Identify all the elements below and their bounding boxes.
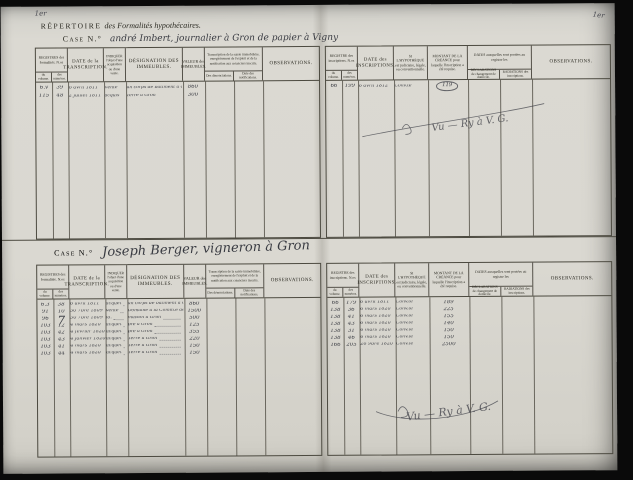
cell-designation: un corps de bâtiment à Gron <box>125 86 182 91</box>
col-saisie: Transcription de la saisie immobilière, … <box>206 264 264 297</box>
col-indiquer-objet: INDIQUER l'objet d'une acquisition ou d'… <box>105 265 127 298</box>
col-date-inscriptions: DATE des INSCRIPTIONS. <box>358 46 394 79</box>
cell-volume: 138 <box>328 336 344 342</box>
cell-volume: 103 <box>38 337 54 343</box>
verification-paraph: Vu — Ry à V. G. <box>406 400 492 424</box>
col-observations: OBSERVATIONS. <box>263 47 319 80</box>
col-dates-title: DATES auxquelles sont portées au registr… <box>469 263 532 286</box>
col-saisie-title: Transcription de la saisie immobilière, … <box>205 47 262 70</box>
transcriptions-body: 6.v 39 6 avril 1811 Vente un corps de bâ… <box>36 81 320 239</box>
cell-valeur: 150 <box>184 350 206 356</box>
cell-date: 6 mars 1820 <box>359 315 395 320</box>
cell-volume: 6.v <box>36 86 52 92</box>
col-observations: OBSERVATIONS. <box>264 264 320 297</box>
inscriptions-body: 66 199 6 avril 1812 Conv.te 119 Vu — Ry … <box>326 79 611 237</box>
cell-valeur: 125 <box>183 322 205 328</box>
cell-type-hypotheque: Conv.te <box>395 329 429 334</box>
inscriptions-header: REGISTRE des inscriptions. N.os du volum… <box>327 262 611 298</box>
case1-heading: Case N.°andré Imbert, journalier à Gron … <box>63 27 338 47</box>
cell-date: 30 7bre 1809 <box>69 309 105 314</box>
cell-date: 6 avril 1811 <box>359 301 395 306</box>
col-dates-registre: DATES auxquelles sont portées au registr… <box>469 263 533 296</box>
cell-valeur: 150 <box>184 343 206 349</box>
cell-numero: 44 <box>54 351 70 357</box>
cell-volume: 91 <box>37 309 53 315</box>
cell-date: 4 mars 1820 <box>69 344 105 349</box>
col-radiations-inscriptions: RADIATIONS des inscriptions. <box>501 287 532 296</box>
cell-date: 30 7bre 1809 <box>69 316 105 321</box>
cell-montant: 140 <box>429 321 469 327</box>
inscriptions-table-case1: REGISTRE des inscriptions. N.os du volum… <box>325 44 612 238</box>
cell-montant: 225 <box>429 307 469 313</box>
col-registres-volume: du volume. <box>37 290 53 299</box>
cell-volume: 138 <box>328 322 344 328</box>
inscriptions-table-case2: REGISTRE des inscriptions. N.os du volum… <box>326 261 613 456</box>
cell-designation: Terre à Gron <box>127 337 184 342</box>
col-type-hypotheque: SI L'HYPOTHÈQUE est judiciaire, légale, … <box>395 263 429 296</box>
cell-nature: acquêt <box>105 330 127 335</box>
cell-numero: 7 <box>53 314 69 326</box>
cell-valeur: 300 <box>182 93 204 99</box>
cell-date: 6 mars 1820 <box>359 329 395 334</box>
case2-heading-band: Case N.° Joseph Berger, vigneron à Gron <box>2 236 616 265</box>
cell-numero: 46 <box>343 335 359 341</box>
cell-nature: vente <box>105 309 127 314</box>
col-dates-registre: DATES auxquelles sont portées au registr… <box>468 46 532 79</box>
ledger-row: 166 205 26 9bre 1820 Conv.te 2500 <box>328 340 612 349</box>
scanned-register-page: 1er 1er RÉPERTOIREdes Formalités hypothé… <box>0 0 633 480</box>
cell-designation: un corps de bâtiment à Gron <box>127 302 184 307</box>
cell-volume: 103 <box>38 330 54 336</box>
cell-volume: 6.3 <box>37 302 53 308</box>
ledger-row: 66 199 6 avril 1812 Conv.te 119 <box>326 81 610 91</box>
cell-volume: 66 <box>327 301 343 307</box>
cell-valeur: 860 <box>182 85 204 91</box>
cell-nature: acquêt <box>105 337 127 342</box>
col-valeur-immeubles: VALEUR des IMMEUBLES. <box>183 48 205 81</box>
col-registre-volume: du volume. <box>327 288 343 297</box>
col-type-hypotheque: SI L'HYPOTHÈQUE est judiciaire, légale, … <box>394 46 428 79</box>
col-saisie-notifications: Date des notifications. <box>234 71 262 80</box>
case1-holder-name: andré Imbert, journalier à Gron de papie… <box>110 33 338 44</box>
cell-numero: 36 <box>343 307 359 313</box>
case1-label: Case N.° <box>63 34 102 43</box>
cell-designation: pré à Gron <box>127 323 184 328</box>
col-declarations-domicile: DÉCLARATIONS de changement de domicile. <box>468 70 500 79</box>
transcriptions-body: 6.3 38 6 avril 1811 acquêt un corps de b… <box>37 298 321 457</box>
inscriptions-header: REGISTRE des inscriptions. N.os du volum… <box>326 45 610 81</box>
col-registre-title: REGISTRE des inscriptions. N.os <box>327 264 358 287</box>
inscription-rows-case2: 66 179 6 avril 1811 Conv.te 189 138 36 6… <box>327 298 611 349</box>
col-montant-creance: MONTANT DE LA CRÉANCE pour laquelle l'in… <box>428 46 468 79</box>
cell-volume: 66 <box>326 84 342 90</box>
transcriptions-header: REGISTRES des formalités. N.os du volume… <box>36 47 319 83</box>
cell-designation: Domaine à la Comm.e de Gron <box>127 309 184 314</box>
cell-volume: 103 <box>38 323 54 329</box>
col-registre-title: REGISTRE des inscriptions. N.os <box>326 47 357 70</box>
cell-montant: 2500 <box>429 342 469 348</box>
cell-volume: 103 <box>38 344 54 350</box>
col-registres-numeros: des numéros. <box>53 289 68 298</box>
cell-type-hypotheque: Conv.te <box>395 315 429 320</box>
cell-valeur: 355 <box>184 329 206 335</box>
cell-designation: Terre à Gron <box>127 351 184 356</box>
cell-type-hypotheque: Conv.te <box>395 322 429 327</box>
col-saisie: Transcription de la saisie immobilière, … <box>205 47 263 80</box>
transcriptions-table-case2: REGISTRES des formalités. N.os du volume… <box>36 263 322 458</box>
cell-montant: 119 <box>427 83 467 89</box>
cell-montant: 150 <box>429 335 469 341</box>
cell-date: 26 9bre 1820 <box>359 343 395 348</box>
transcriptions-header: REGISTRES des formalités. N.os du volume… <box>37 264 320 300</box>
cell-volume: 138 <box>327 315 343 321</box>
cell-date: 6 avril 1811 <box>68 86 104 91</box>
cell-nature: Vente <box>104 86 126 91</box>
cell-volume: 115 <box>36 94 52 100</box>
inscription-rows-case1: 66 199 6 avril 1812 Conv.te 119 <box>326 81 610 91</box>
cell-nature: acquêt <box>105 351 127 356</box>
cell-valeur: 220 <box>184 336 206 342</box>
col-date-inscriptions: DATE des INSCRIPTIONS. <box>359 263 395 296</box>
col-date-transcription: DATE de la TRANSCRIPTION. <box>68 48 104 81</box>
cell-date: 4 janvier 1820 <box>69 337 105 342</box>
cell-type-hypotheque: Conv.te <box>394 84 428 89</box>
cell-type-hypotheque: Conv.te <box>395 336 429 341</box>
col-observations-inscriptions: OBSERVATIONS. <box>532 45 610 78</box>
col-saisie-denonciations: Des dénonciations. <box>205 71 234 80</box>
inscriptions-body: 66 179 6 avril 1811 Conv.te 189 138 36 6… <box>327 296 612 455</box>
cell-nature: id. <box>105 316 127 321</box>
col-registres-numeros: des numéros. <box>52 72 67 81</box>
cell-type-hypotheque: Conv.te <box>395 343 429 348</box>
cell-nature: acquêt <box>105 344 127 349</box>
cell-designation: Terre à Gron <box>125 94 182 99</box>
transcription-rows-case2: 6.3 38 6 avril 1811 acquêt un corps de b… <box>37 300 320 358</box>
cell-nature: acquis <box>104 94 126 99</box>
cell-nature: acquêt <box>105 302 127 307</box>
col-registre-inscriptions: REGISTRE des inscriptions. N.os du volum… <box>326 47 358 80</box>
cell-designation: pré à Gron <box>127 330 184 335</box>
cell-date: 6 avril 1811 <box>69 302 105 307</box>
cell-volume: 96 <box>37 316 53 322</box>
col-registre-volume: du volume. <box>326 71 342 80</box>
cell-numero: 179 <box>343 300 359 306</box>
col-saisie-title: Transcription de la saisie immobilière, … <box>206 264 263 287</box>
cell-numero: 38 <box>53 302 69 308</box>
cell-type-hypotheque: Conv.te <box>395 301 429 306</box>
col-valeur-immeubles: VALEUR des IMMEUBLES. <box>184 265 206 298</box>
cell-volume: 103 <box>38 351 54 357</box>
ledger-row: 103 44 4 mars 1820 acquêt Terre à Gron 1… <box>38 349 321 358</box>
cell-numero: 199 <box>342 84 358 90</box>
cell-date: 6 mars 1820 <box>359 336 395 341</box>
paper-sheet: 1er 1er RÉPERTOIREdes Formalités hypothé… <box>1 3 618 474</box>
col-designation-immeubles: DÉSIGNATION DES IMMEUBLES. <box>126 48 183 81</box>
transcriptions-table-case1: REGISTRES des formalités. N.os du volume… <box>35 46 321 240</box>
col-saisie-denonciations: Des dénonciations. <box>206 288 235 297</box>
cell-date: 6 mars 1820 <box>359 308 395 313</box>
cell-montant: 150 <box>429 328 469 334</box>
cell-designation: maison à Gron <box>127 316 184 321</box>
verification-paraph: Vu — Ry à V. G. <box>431 113 509 134</box>
col-registre-numeros: des numéros. <box>342 71 357 80</box>
cell-designation: Terre à Gron <box>127 344 184 349</box>
cell-date: 4 mars 1820 <box>69 351 105 356</box>
col-radiations-inscriptions: RADIATIONS des inscriptions. <box>500 70 531 79</box>
cell-date: 6 mars 1820 <box>359 322 395 327</box>
cell-valeur: 1500 <box>183 308 205 314</box>
cell-date: 2 juillet 1811 <box>68 94 104 99</box>
col-declarations-domicile: DÉCLARATIONS de changement de domicile. <box>469 287 501 296</box>
cell-montant: 189 <box>429 300 469 306</box>
col-registre-inscriptions: REGISTRE des inscriptions. N.os du volum… <box>327 264 359 297</box>
cell-date: 4 mars 1820 <box>69 323 105 328</box>
cell-numero: 48 <box>52 94 68 100</box>
col-dates-title: DATES auxquelles sont portées au registr… <box>468 46 531 69</box>
case2-holder-name: Joseph Berger, vigneron à Gron <box>102 238 310 260</box>
cell-valeur: 500 <box>183 315 205 321</box>
cell-date: 4 février 1820 <box>69 330 105 335</box>
cell-numero: 205 <box>344 342 360 348</box>
cell-numero: 39 <box>52 86 68 92</box>
col-observations-inscriptions: OBSERVATIONS. <box>533 262 611 295</box>
col-designation-immeubles: DÉSIGNATION DES IMMEUBLES. <box>127 265 184 298</box>
cell-volume: 166 <box>328 343 344 349</box>
cell-numero: 41 <box>343 314 359 320</box>
cell-nature: acquêt <box>105 323 127 328</box>
cell-valeur: 860 <box>183 301 205 307</box>
col-date-transcription: DATE de la TRANSCRIPTION. <box>69 265 105 298</box>
cell-type-hypotheque: Conv.te <box>395 308 429 313</box>
cell-volume: 138 <box>328 329 344 335</box>
cell-numero: 43 <box>343 321 359 327</box>
cell-date: 6 avril 1812 <box>358 84 394 89</box>
cell-numero: 31 <box>343 328 359 334</box>
cell-montant: 155 <box>429 314 469 320</box>
cell-volume: 138 <box>327 308 343 314</box>
col-saisie-notifications: Date des notifications. <box>235 288 263 297</box>
case2-label: Case N.° <box>54 248 93 257</box>
cell-numero: 42 <box>53 330 69 336</box>
col-montant-creance: MONTANT DE LA CRÉANCE pour laquelle l'in… <box>429 263 469 296</box>
transcription-rows-case1: 6.v 39 6 avril 1811 Vente un corps de bâ… <box>36 83 319 101</box>
cell-numero: 43 <box>53 337 69 343</box>
col-registres-volume: du volume. <box>36 73 52 82</box>
cell-numero: 41 <box>54 344 70 350</box>
col-registre-numeros: des numéros. <box>343 288 358 297</box>
folio-number-right: 1er <box>592 10 605 20</box>
ledger-row: 115 48 2 juillet 1811 acquis Terre à Gro… <box>36 91 319 101</box>
col-indiquer-objet: INDIQUER l'objet d'une acquisition ou d'… <box>104 48 126 81</box>
